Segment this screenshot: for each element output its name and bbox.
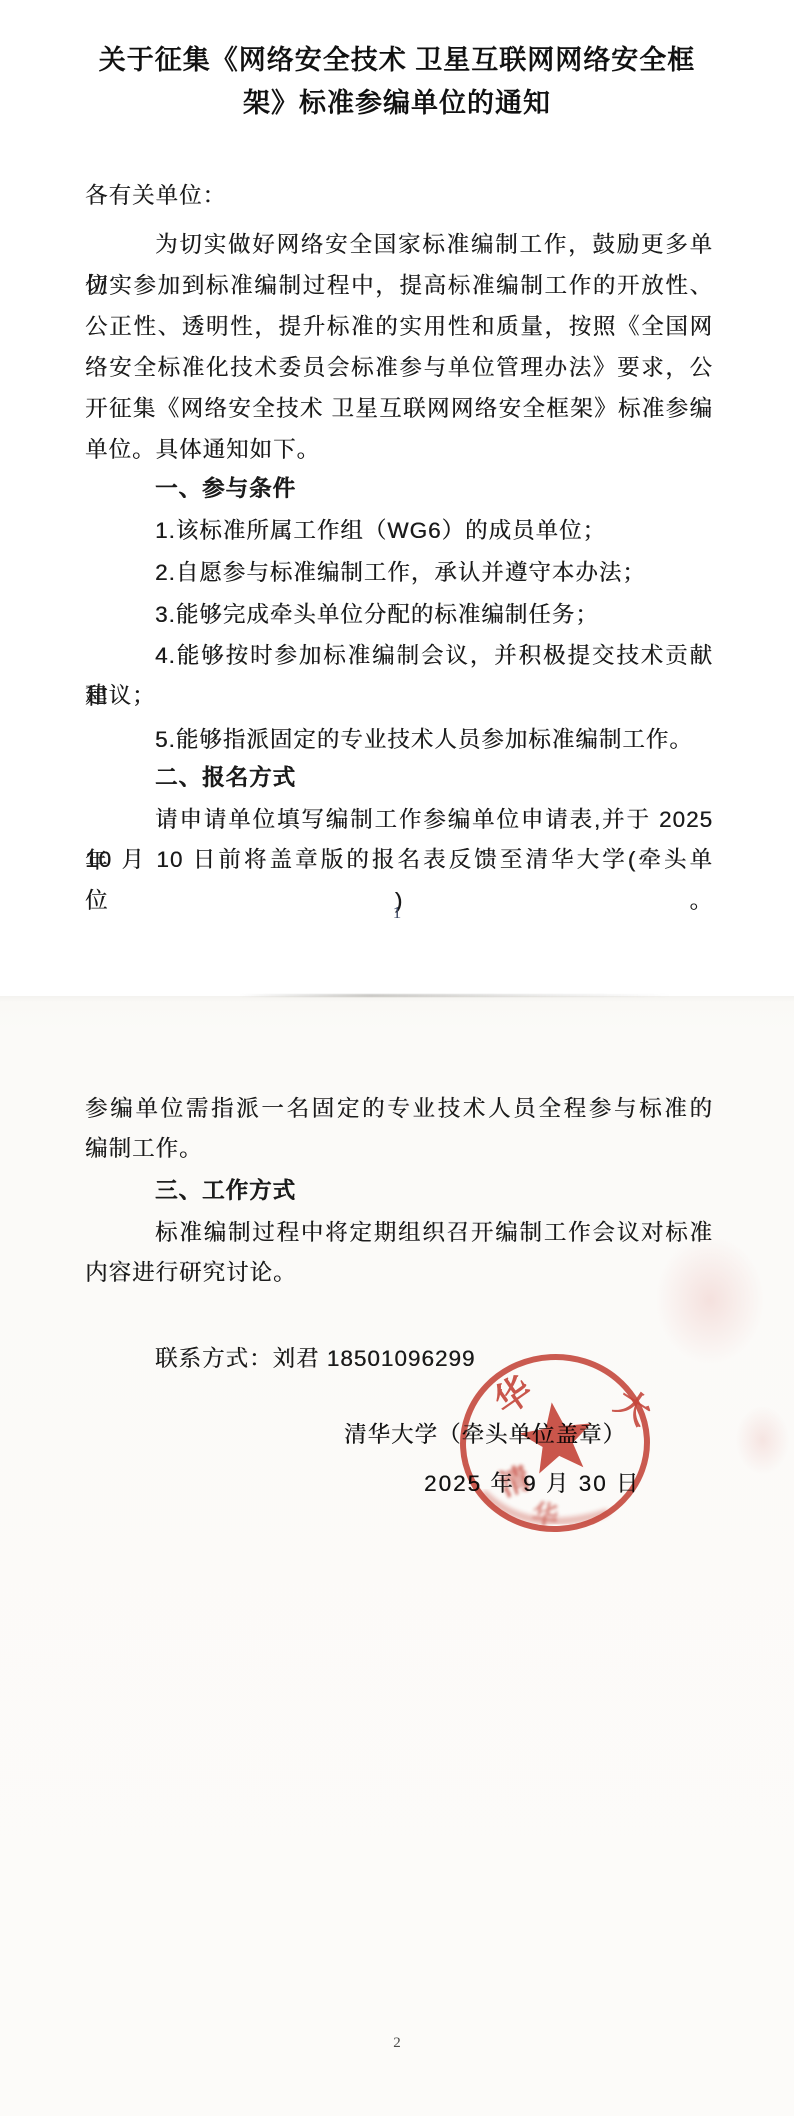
- intro-line-6: 单位。具体通知如下。: [85, 429, 713, 470]
- page-1-number: 1: [0, 903, 794, 923]
- condition-item-2: 2.自愿参与标准编制工作，承认并遵守本办法；: [85, 552, 713, 593]
- page-break-smudge: [240, 994, 670, 997]
- intro-line-3: 公正性、透明性，提升标准的实用性和质量，按照《全国网: [85, 306, 713, 347]
- intro-line-5: 开征集《网络安全技术 卫星互联网网络安全框架》标准参编: [85, 388, 713, 429]
- seal-smudge-character: 清: [495, 1461, 534, 1502]
- workmode-line-1: 标准编制过程中将定期组织召开编制工作会议对标准: [85, 1212, 713, 1253]
- condition-item-1: 1.该标准所属工作组（WG6）的成员单位；: [85, 510, 713, 551]
- continuation-line-2: 编制工作。: [85, 1128, 713, 1169]
- intro-line-4: 络安全标准化技术委员会标准参与单位管理办法》要求，公: [85, 347, 713, 388]
- section-3-heading: 三、工作方式: [85, 1170, 713, 1211]
- page-2-number: 2: [0, 2035, 794, 2052]
- section-2-heading: 二、报名方式: [85, 757, 713, 798]
- official-seal: 华 大 清 华: [458, 1352, 658, 1542]
- workmode-line-2: 内容进行研究讨论。: [85, 1252, 713, 1293]
- intro-line-2: 切实参加到标准编制过程中，提高标准编制工作的开放性、: [85, 265, 713, 306]
- document-scan: 关于征集《网络安全技术 卫星互联网网络安全框 架》标准参编单位的通知 各有关单位…: [0, 0, 794, 2116]
- seal-smudge-character: 华: [530, 1498, 560, 1531]
- condition-item-3: 3.能够完成牵头单位分配的标准编制任务；: [85, 594, 713, 635]
- document-title-line-1: 关于征集《网络安全技术 卫星互联网网络安全框: [0, 38, 794, 82]
- condition-item-5: 5.能够指派固定的专业技术人员参加标准编制工作。: [85, 719, 713, 760]
- section-1-heading: 一、参与条件: [85, 468, 713, 509]
- continuation-line-1: 参编单位需指派一名固定的专业技术人员全程参与标准的: [85, 1088, 713, 1129]
- document-title-line-2: 架》标准参编单位的通知: [0, 81, 794, 125]
- condition-item-4-cont: 建议；: [85, 675, 713, 716]
- salutation: 各有关单位：: [85, 175, 713, 216]
- seal-character: 大: [608, 1383, 657, 1433]
